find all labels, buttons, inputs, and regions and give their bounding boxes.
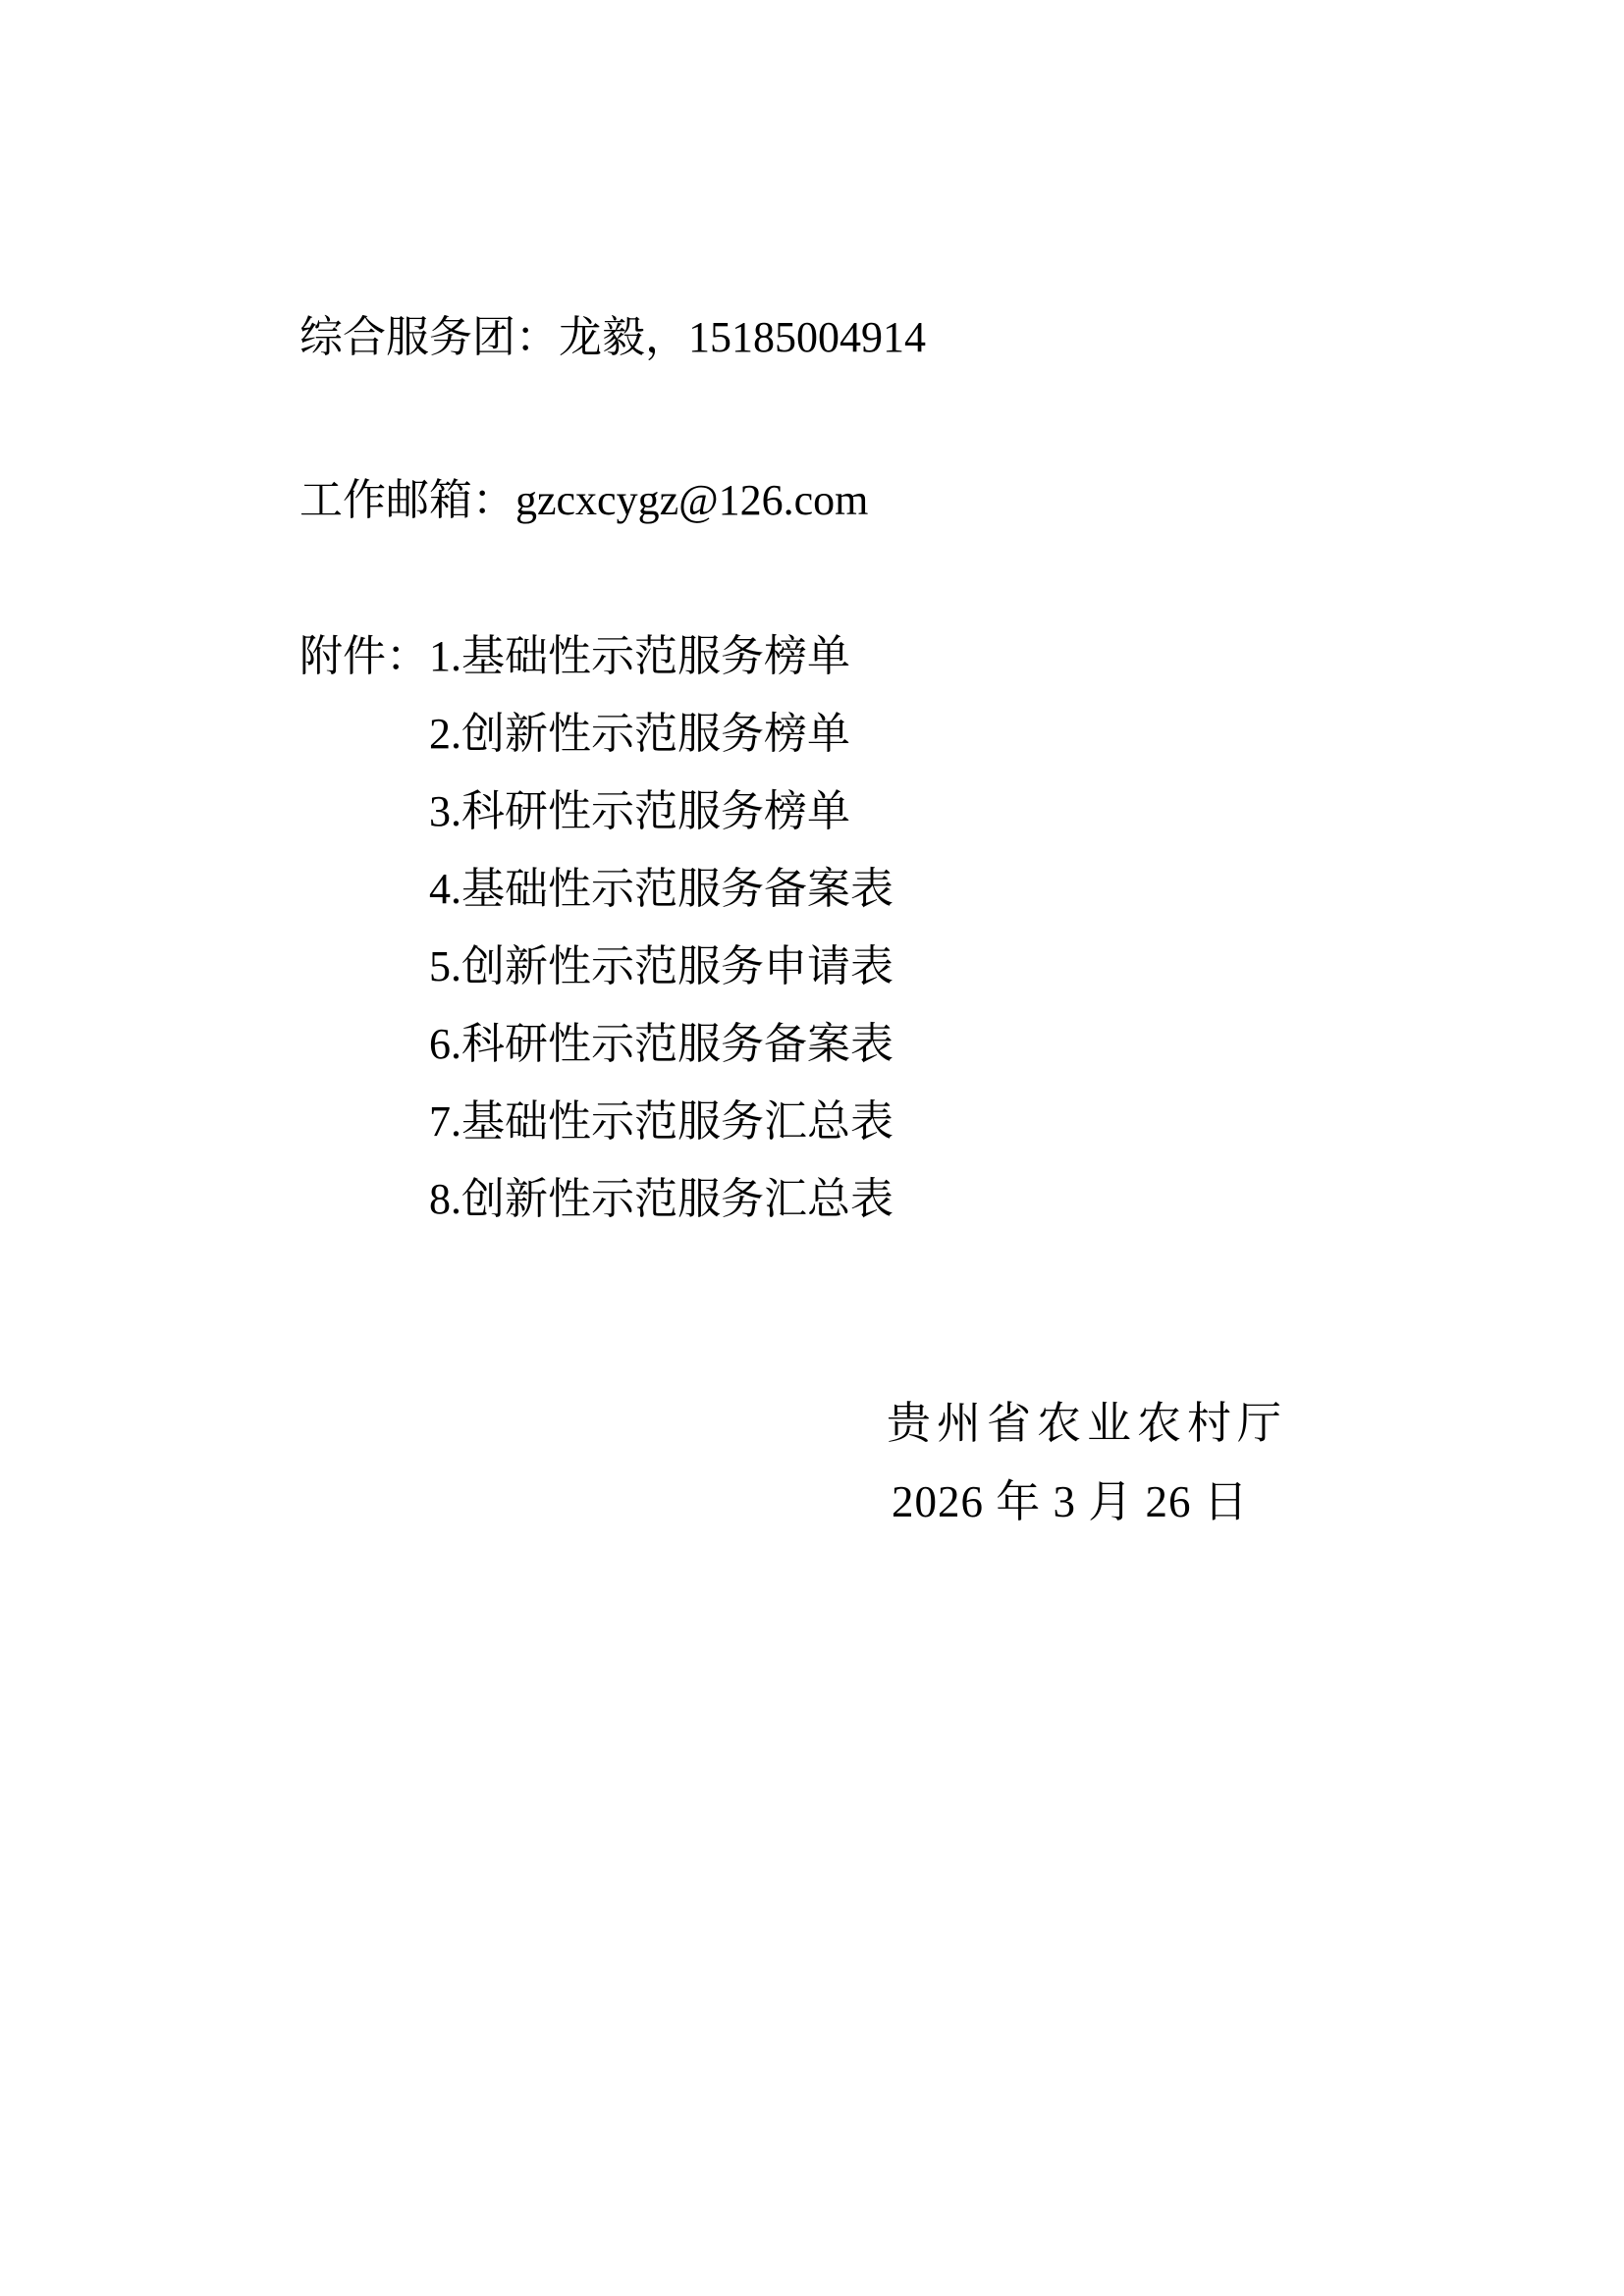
document-page: 综合服务团：龙毅，15185004914 工作邮箱：gzcxcygz@126.c… [0, 0, 1624, 2296]
attachment-item: 2.创新性示范服务榜单 [429, 695, 893, 773]
attachment-item: 3.科研性示范服务榜单 [429, 773, 893, 850]
attachment-item: 7.基础性示范服务汇总表 [429, 1083, 893, 1160]
email-line: 工作邮箱：gzcxcygz@126.com [299, 475, 868, 526]
attachments-label: 附件： [299, 617, 429, 695]
attachment-item: 8.创新性示范服务汇总表 [429, 1160, 893, 1238]
signature-date: 2026 年 3 月 26 日 [892, 1476, 1249, 1527]
attachment-item: 1.基础性示范服务榜单 [429, 617, 893, 695]
attachment-item: 4.基础性示范服务备案表 [429, 850, 893, 928]
attachments-block: 附件： 1.基础性示范服务榜单 2.创新性示范服务榜单 3.科研性示范服务榜单 … [299, 617, 893, 1238]
attachment-item: 5.创新性示范服务申请表 [429, 928, 893, 1005]
attachments-list: 1.基础性示范服务榜单 2.创新性示范服务榜单 3.科研性示范服务榜单 4.基础… [429, 617, 893, 1238]
contact-line: 综合服务团：龙毅，15185004914 [299, 312, 926, 363]
attachment-item: 6.科研性示范服务备案表 [429, 1005, 893, 1083]
signature-issuer: 贵州省农业农村厅 [887, 1398, 1287, 1449]
